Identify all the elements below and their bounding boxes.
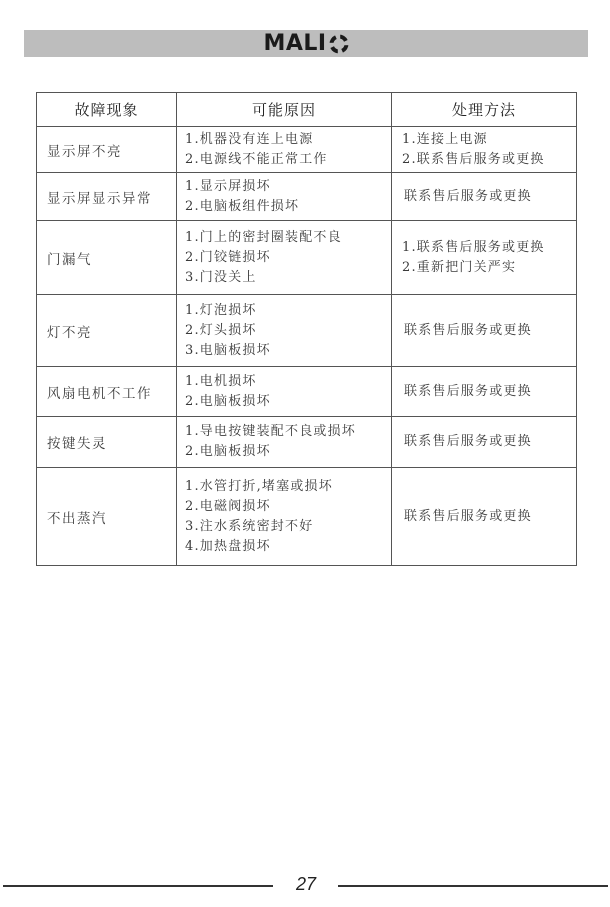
- footer-divider-left: [3, 885, 273, 887]
- cause-line: 2.电脑板损坏: [185, 392, 391, 412]
- cause-cell: 1.机器没有连上电源 2.电源线不能正常工作: [177, 127, 392, 173]
- solution-cell: 联系售后服务或更换: [392, 295, 577, 367]
- symptom-cell: 显示屏不亮: [37, 127, 177, 173]
- cause-cell: 1.导电按键装配不良或损坏 2.电脑板损坏: [177, 417, 392, 468]
- symptom-cell: 显示屏显示异常: [37, 173, 177, 221]
- cause-cell: 1.灯泡损坏 2.灯头损坏 3.电脑板损坏: [177, 295, 392, 367]
- circle-segments-icon: [329, 34, 349, 54]
- solution-line: 联系售后服务或更换: [404, 321, 576, 341]
- column-header-cause: 可能原因: [177, 93, 392, 127]
- solution-cell: 1.连接上电源 2.联系售后服务或更换: [392, 127, 577, 173]
- cause-line: 1.电机损坏: [185, 372, 391, 392]
- table-row: 显示屏显示异常 1.显示屏损坏 2.电脑板组件损坏 联系售后服务或更换: [37, 173, 577, 221]
- column-header-symptom: 故障现象: [37, 93, 177, 127]
- solution-cell: 联系售后服务或更换: [392, 367, 577, 417]
- solution-line: 1.连接上电源: [402, 130, 576, 150]
- solution-cell: 联系售后服务或更换: [392, 417, 577, 468]
- cause-line: 1.门上的密封圈装配不良: [185, 228, 391, 248]
- table-row: 按键失灵 1.导电按键装配不良或损坏 2.电脑板损坏 联系售后服务或更换: [37, 417, 577, 468]
- solution-line: 联系售后服务或更换: [404, 187, 576, 207]
- brand-logo: MALI: [263, 33, 348, 55]
- troubleshooting-table: 故障现象 可能原因 处理方法 显示屏不亮 1.机器没有连上电源 2.电源线不能正…: [36, 92, 577, 566]
- cause-line: 2.电脑板损坏: [185, 442, 391, 462]
- column-header-solution: 处理方法: [392, 93, 577, 127]
- symptom-cell: 按键失灵: [37, 417, 177, 468]
- cause-cell: 1.水管打折,堵塞或损坏 2.电磁阀损坏 3.注水系统密封不好 4.加热盘损坏: [177, 468, 392, 566]
- table-header-row: 故障现象 可能原因 处理方法: [37, 93, 577, 127]
- table-row: 门漏气 1.门上的密封圈装配不良 2.门铰链损坏 3.门没关上 1.联系售后服务…: [37, 221, 577, 295]
- cause-line: 2.门铰链损坏: [185, 248, 391, 268]
- cause-line: 2.电磁阀损坏: [185, 497, 391, 517]
- solution-line: 2.重新把门关严实: [402, 258, 576, 278]
- cause-line: 3.门没关上: [185, 268, 391, 288]
- cause-line: 1.机器没有连上电源: [185, 130, 391, 150]
- symptom-cell: 不出蒸汽: [37, 468, 177, 566]
- symptom-cell: 门漏气: [37, 221, 177, 295]
- symptom-cell: 风扇电机不工作: [37, 367, 177, 417]
- symptom-cell: 灯不亮: [37, 295, 177, 367]
- cause-line: 2.电源线不能正常工作: [185, 150, 391, 170]
- solution-cell: 1.联系售后服务或更换 2.重新把门关严实: [392, 221, 577, 295]
- table-row: 不出蒸汽 1.水管打折,堵塞或损坏 2.电磁阀损坏 3.注水系统密封不好 4.加…: [37, 468, 577, 566]
- cause-line: 1.灯泡损坏: [185, 301, 391, 321]
- solution-cell: 联系售后服务或更换: [392, 468, 577, 566]
- cause-line: 3.注水系统密封不好: [185, 517, 391, 537]
- cause-line: 3.电脑板损坏: [185, 341, 391, 361]
- brand-text: MALI: [263, 33, 326, 55]
- cause-line: 1.显示屏损坏: [185, 177, 391, 197]
- page-footer: 27: [0, 872, 610, 898]
- solution-line: 联系售后服务或更换: [404, 507, 576, 527]
- cause-line: 1.水管打折,堵塞或损坏: [185, 477, 391, 497]
- brand-header-bar: MALI: [24, 30, 588, 57]
- solution-line: 1.联系售后服务或更换: [402, 238, 576, 258]
- table-row: 灯不亮 1.灯泡损坏 2.灯头损坏 3.电脑板损坏 联系售后服务或更换: [37, 295, 577, 367]
- cause-line: 1.导电按键装配不良或损坏: [185, 422, 391, 442]
- cause-line: 2.电脑板组件损坏: [185, 197, 391, 217]
- solution-line: 联系售后服务或更换: [404, 432, 576, 452]
- cause-line: 2.灯头损坏: [185, 321, 391, 341]
- solution-cell: 联系售后服务或更换: [392, 173, 577, 221]
- solution-line: 2.联系售后服务或更换: [402, 150, 576, 170]
- cause-line: 4.加热盘损坏: [185, 537, 391, 557]
- cause-cell: 1.电机损坏 2.电脑板损坏: [177, 367, 392, 417]
- cause-cell: 1.显示屏损坏 2.电脑板组件损坏: [177, 173, 392, 221]
- cause-cell: 1.门上的密封圈装配不良 2.门铰链损坏 3.门没关上: [177, 221, 392, 295]
- solution-line: 联系售后服务或更换: [404, 382, 576, 402]
- page-number: 27: [284, 874, 328, 895]
- table-row: 显示屏不亮 1.机器没有连上电源 2.电源线不能正常工作 1.连接上电源 2.联…: [37, 127, 577, 173]
- table-row: 风扇电机不工作 1.电机损坏 2.电脑板损坏 联系售后服务或更换: [37, 367, 577, 417]
- footer-divider-right: [338, 885, 608, 887]
